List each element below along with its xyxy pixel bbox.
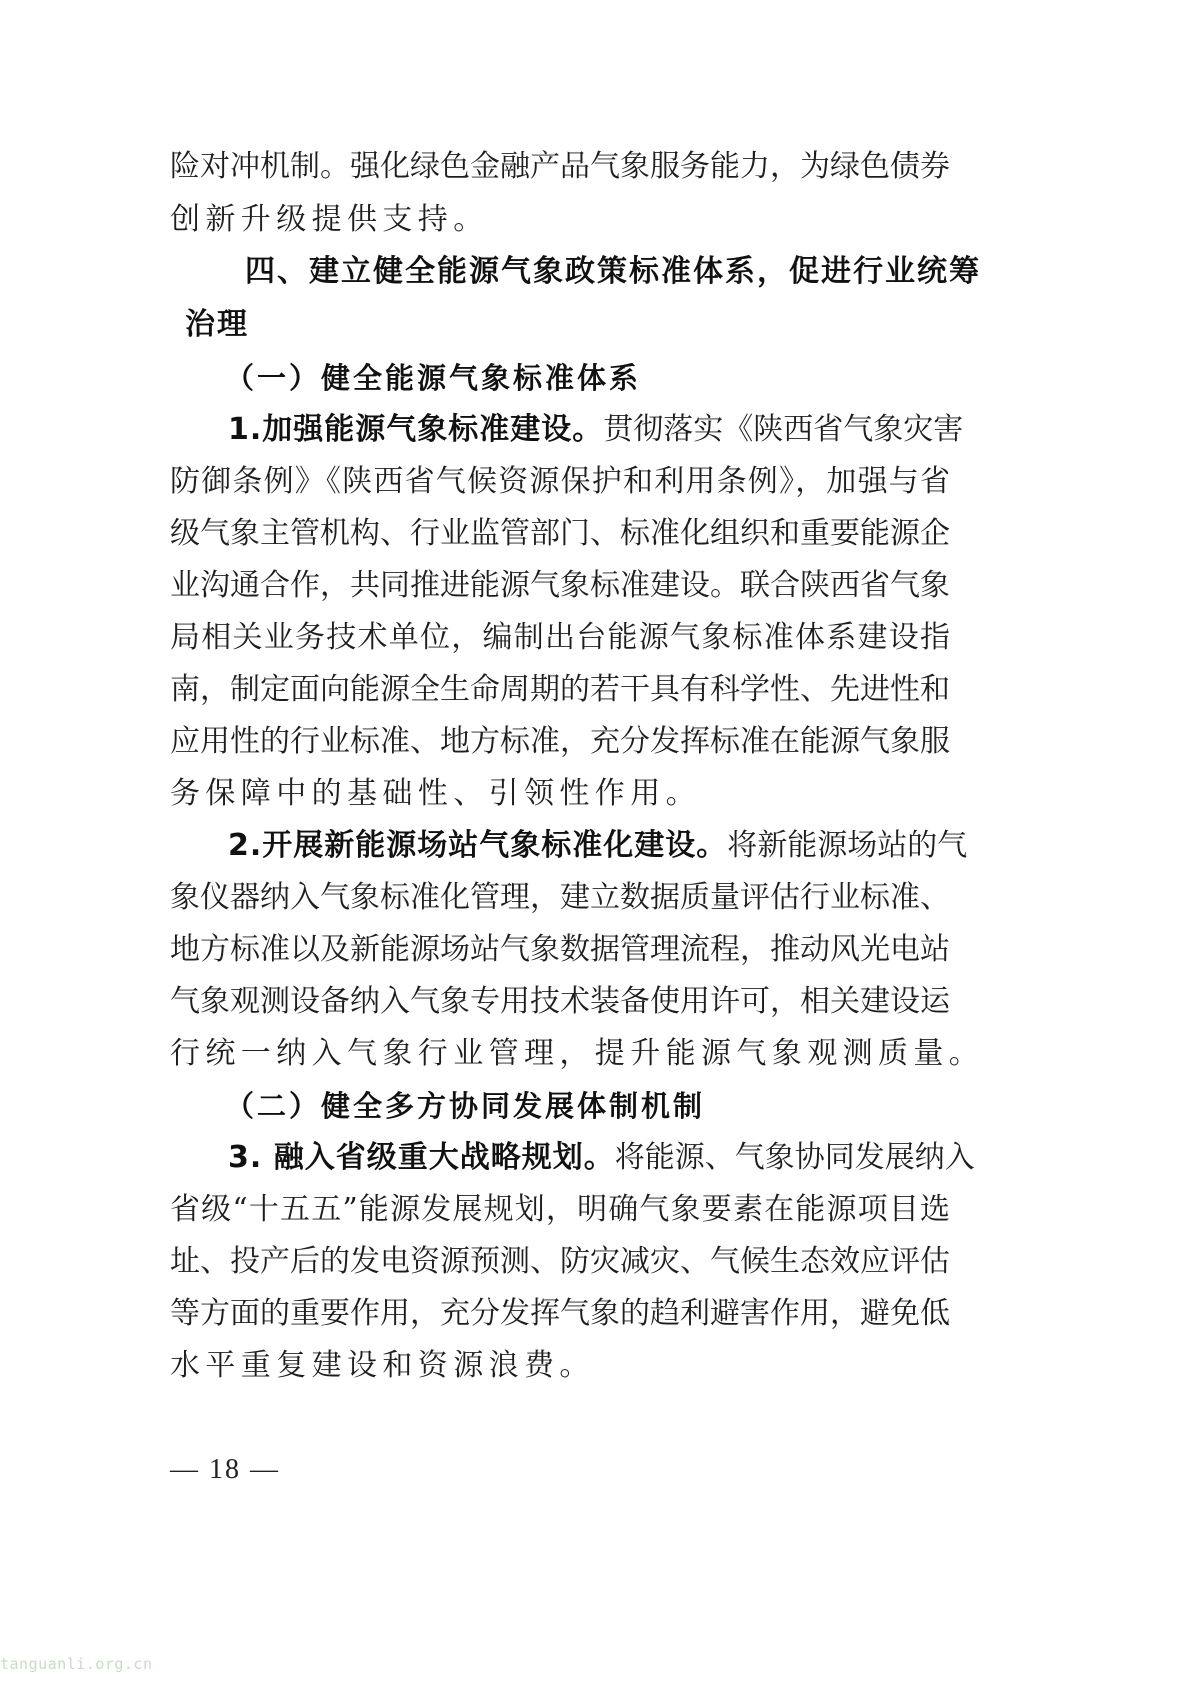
item-3-text: 将能源、气象协同发展纳入	[615, 1140, 975, 1175]
section-heading-cont: 治理	[185, 305, 965, 345]
body-line: 象仪器纳入气象标准化管理，建立数据质量评估行业标准、	[170, 878, 950, 918]
body-line: 南，制定面向能源全生命周期的若干具有科学性、先进性和	[170, 670, 950, 710]
item-3-first-line: 3. 融入省级重大战略规划。将能源、气象协同发展纳入	[228, 1138, 946, 1178]
section-heading: 四、建立健全能源气象政策标准体系，促进行业统筹	[245, 252, 945, 292]
item-2-lead: 2.开展新能源场站气象标准化建设。	[228, 828, 727, 863]
item-2-text: 将新能源场站的气	[727, 828, 967, 863]
subsection-heading: （一）健全能源气象标准体系	[225, 358, 1005, 398]
body-line: 险对冲机制。强化绿色金融产品气象服务能力，为绿色债券	[170, 147, 950, 187]
body-line: 级气象主管机构、行业监管部门、标准化组织和重要能源企	[170, 514, 950, 554]
body-line: 务保障中的基础性、引领性作用。	[170, 774, 950, 814]
body-line: 气象观测设备纳入气象专用技术装备使用许可，相关建设运	[170, 982, 950, 1022]
item-1-lead: 1.加强能源气象标准建设。	[228, 412, 603, 447]
item-1-first-line: 1.加强能源气象标准建设。贯彻落实《陕西省气象灾害	[228, 410, 946, 450]
body-line: 业沟通合作，共同推进能源气象标准建设。联合陕西省气象	[170, 566, 950, 606]
item-3-lead: 3. 融入省级重大战略规划。	[228, 1140, 615, 1175]
body-line: 省级“十五五”能源发展规划，明确气象要素在能源项目选	[170, 1190, 950, 1230]
document-page: 险对冲机制。强化绿色金融产品气象服务能力，为绿色债券 创新升级提供支持。 四、建…	[0, 0, 1190, 1683]
body-line: 水平重复建设和资源浪费。	[170, 1346, 950, 1386]
subsection-heading: （二）健全多方协同发展体制机制	[225, 1086, 1005, 1126]
watermark: tanguanli.org.cn	[0, 1655, 153, 1673]
body-line: 应用性的行业标准、地方标准，充分发挥标准在能源气象服	[170, 722, 950, 762]
body-line: 地方标准以及新能源场站气象数据管理流程，推动风光电站	[170, 930, 950, 970]
item-2-first-line: 2.开展新能源场站气象标准化建设。将新能源场站的气	[228, 826, 946, 866]
body-line: 行统一纳入气象行业管理，提升能源气象观测质量。	[170, 1034, 950, 1074]
body-line: 防御条例》《陕西省气候资源保护和利用条例》，加强与省	[170, 462, 950, 502]
body-line: 址、投产后的发电资源预测、防灾减灾、气候生态效应评估	[170, 1242, 950, 1282]
item-1-text: 贯彻落实《陕西省气象灾害	[603, 412, 963, 447]
body-line: 创新升级提供支持。	[170, 200, 950, 240]
page-number: — 18 —	[170, 1450, 280, 1490]
body-line: 等方面的重要作用，充分发挥气象的趋利避害作用，避免低	[170, 1294, 950, 1334]
body-line: 局相关业务技术单位，编制出台能源气象标准体系建设指	[170, 618, 950, 658]
